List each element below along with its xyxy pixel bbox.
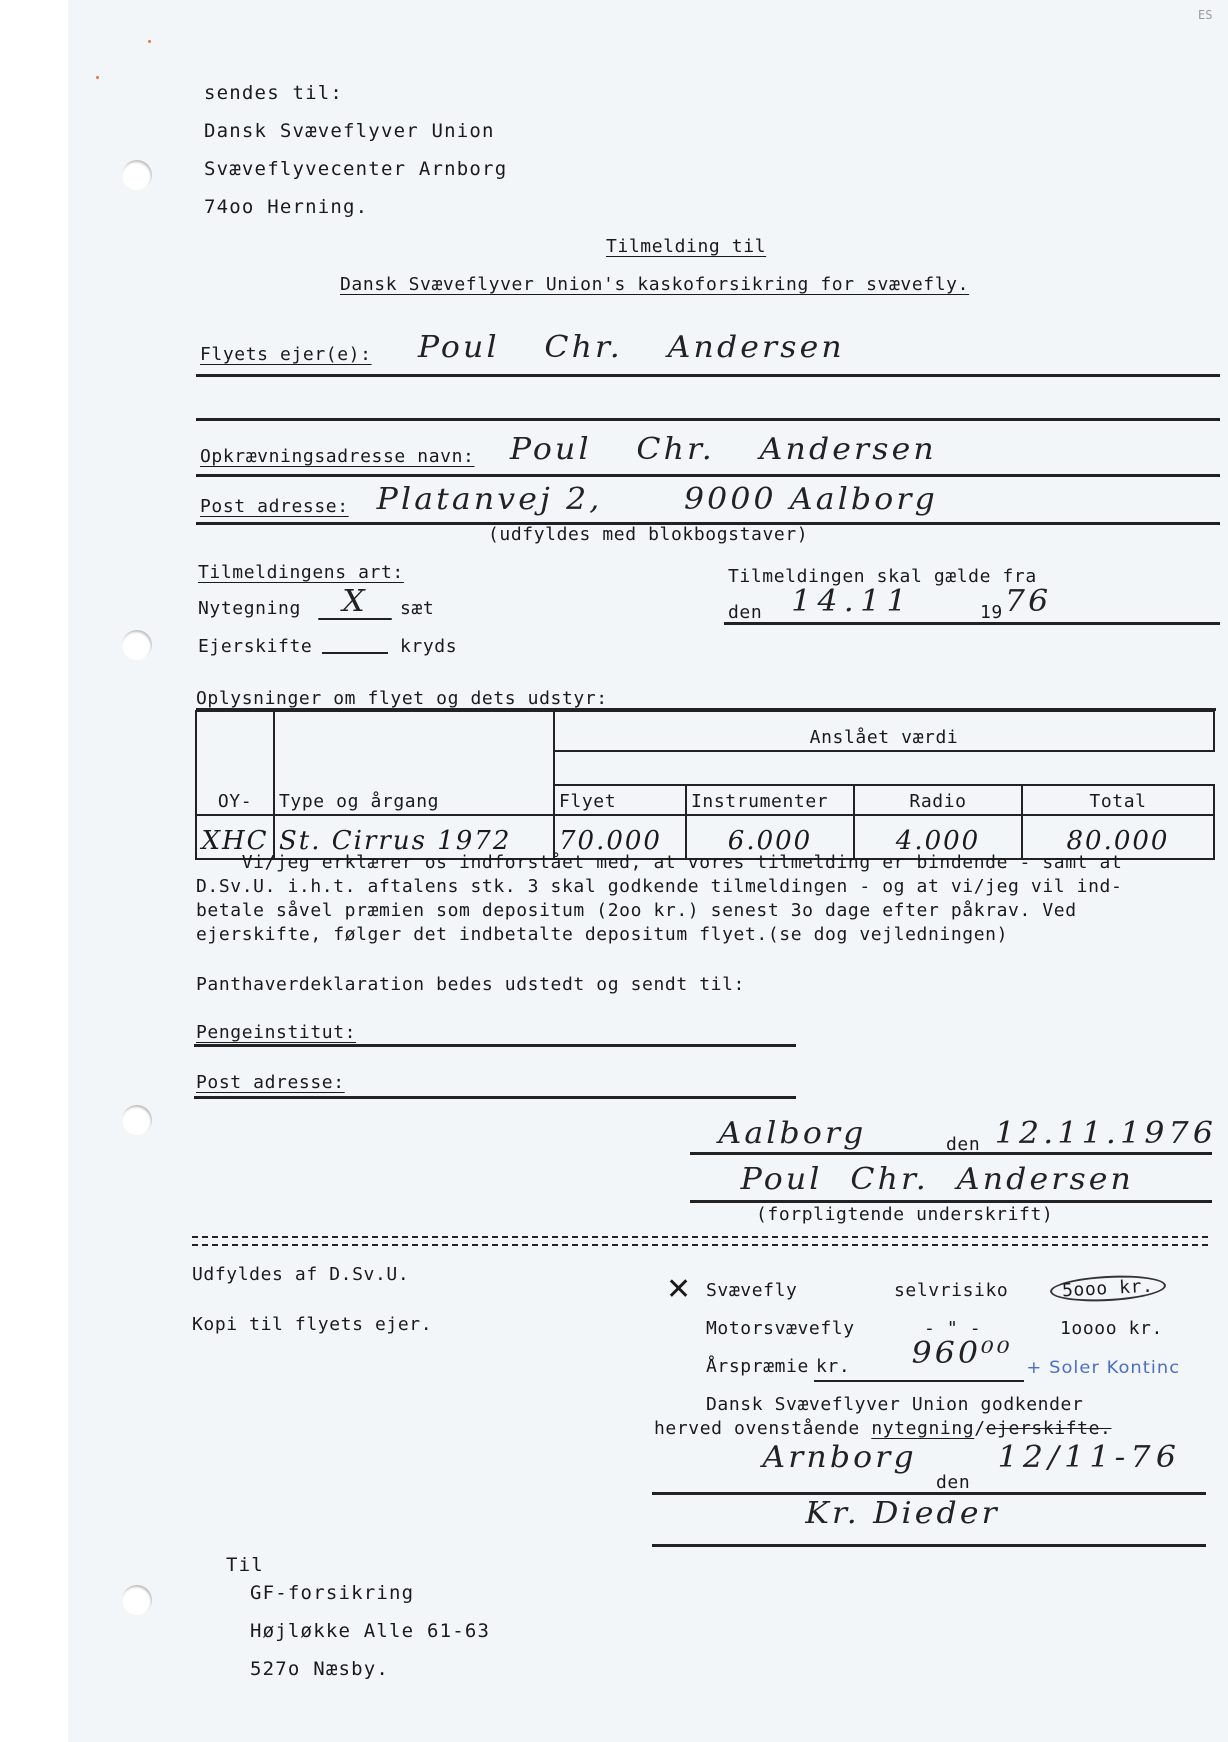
premium-underline <box>814 1380 1024 1382</box>
declaration-line: D.Sv.U. i.h.t. aftalens stk. 3 skal godk… <box>196 876 1122 897</box>
signature-date[interactable]: 12.11.1976 <box>995 1116 1217 1151</box>
approval-line-2: herved ovenstående nytegning/ejerskifte. <box>654 1418 1112 1439</box>
col-reg-header-top <box>196 711 274 785</box>
declaration-line: Vi/jeg erklærer os indforstået med, at v… <box>196 852 1122 873</box>
col-header-instrumenter: Instrumenter <box>686 785 854 815</box>
aircraft-table: Anslået værdi OY- Type og årgang Flyet I… <box>195 710 1215 860</box>
col-header-type: Type og årgang <box>274 785 554 815</box>
approval-signature[interactable]: Kr. Dieder <box>805 1496 999 1531</box>
owner-field[interactable]: Poul Chr. Andersen <box>418 330 845 365</box>
premium-note: + Soler Kontinc <box>1026 1358 1180 1378</box>
deductible-label: selvrisiko <box>894 1280 1008 1301</box>
effective-year-field[interactable]: 76 <box>1005 584 1051 619</box>
field-rule <box>724 622 1220 625</box>
signature-caption: (forpligtende underskrift) <box>756 1204 1053 1225</box>
col-header-reg: OY- <box>196 785 274 815</box>
glider-checkmark[interactable]: ✕ <box>666 1272 691 1307</box>
owner-label: Flyets ejer(e): <box>200 344 372 365</box>
send-to-label: sendes til: <box>204 82 343 104</box>
post-address-label: Post adresse: <box>200 496 349 517</box>
bank-field[interactable] <box>390 1016 790 1042</box>
post-address-city[interactable]: 9000 Aalborg <box>684 482 938 517</box>
premium-label: Årspræmie <box>706 1356 809 1377</box>
motorglider-label: Motorsvævefly <box>706 1318 855 1339</box>
approval-prefix: herved ovenstående <box>654 1418 860 1439</box>
value-group-header: Anslået værdi <box>554 711 1214 751</box>
col-header-radio: Radio <box>854 785 1022 815</box>
glider-label: Svævefly <box>706 1280 798 1301</box>
recipient-line: Højløkke Alle 61-63 <box>250 1620 490 1642</box>
field-rule <box>194 1096 796 1099</box>
field-rule <box>652 1492 1206 1495</box>
effective-century: 19 <box>980 602 1003 623</box>
option-new-label: Nytegning <box>198 598 301 619</box>
effective-den: den <box>728 602 762 623</box>
billing-name-label: Opkrævningsadresse navn: <box>200 446 475 467</box>
motorglider-deductible: 1oooo kr. <box>1060 1318 1163 1339</box>
recipient-line: GF-forsikring <box>250 1582 414 1604</box>
lien-intro: Panthaverdeklaration bedes udstedt og se… <box>196 974 745 995</box>
declaration-line: ejerskifte, følger det indbetalte deposi… <box>196 924 1008 945</box>
premium-value[interactable]: 960⁰⁰ <box>912 1336 1013 1371</box>
premium-prefix: kr. <box>816 1356 850 1377</box>
option-new-checkbox[interactable]: X <box>318 584 392 620</box>
field-rule <box>652 1544 1206 1547</box>
option-new-suffix: sæt <box>400 598 434 619</box>
form-subtitle: Dansk Svæveflyver Union's kaskoforsikrin… <box>340 274 969 295</box>
punch-hole <box>122 630 152 660</box>
option-change-checkbox[interactable] <box>322 618 388 654</box>
corner-mark: ES <box>1198 8 1212 22</box>
send-to-line: Dansk Svæveflyver Union <box>204 120 495 142</box>
signature-place[interactable]: Aalborg <box>718 1116 866 1151</box>
recipient-label: Til <box>226 1554 264 1576</box>
owner-signature[interactable]: Poul Chr. Andersen <box>741 1162 1134 1197</box>
section-divider <box>192 1236 1208 1246</box>
approval-new: nytegning <box>871 1418 974 1439</box>
recipient-line: 527o Næsby. <box>250 1658 389 1680</box>
post-address-street[interactable]: Platanvej 2, <box>377 482 603 517</box>
block-letters-hint: (udfyldes med blokbogstaver) <box>488 524 808 545</box>
field-rule <box>196 418 1220 421</box>
billing-name-field[interactable]: Poul Chr. Andersen <box>510 432 937 467</box>
office-copy-to: Kopi til flyets ejer. <box>192 1314 432 1335</box>
approval-date[interactable]: 12/11-76 <box>998 1440 1182 1475</box>
aircraft-section-label: Oplysninger om flyet og dets udstyr: <box>196 688 608 709</box>
lien-address-field[interactable] <box>360 1066 790 1092</box>
punch-hole <box>122 1105 152 1135</box>
col-type-header-top <box>274 711 554 785</box>
field-rule <box>690 1200 1212 1203</box>
punch-hole <box>122 1585 152 1615</box>
approval-line: Dansk Svæveflyver Union godkender <box>706 1394 1083 1415</box>
col-header-flyet: Flyet <box>554 785 686 815</box>
option-change-label: Ejerskifte <box>198 636 312 657</box>
glider-deductible: 5ooo kr. <box>1050 1276 1166 1301</box>
approval-sep: / <box>974 1418 985 1439</box>
declaration-line: betale såvel præmien som depositum (2oo … <box>196 900 1077 921</box>
stain-mark <box>96 76 99 79</box>
send-to-line: Svæveflyvecenter Arnborg <box>204 158 507 180</box>
effective-date-field[interactable]: 14.11 <box>791 584 913 619</box>
col-header-total: Total <box>1022 785 1214 815</box>
send-to-line: 74oo Herning. <box>204 196 368 218</box>
field-rule <box>194 1044 796 1047</box>
office-filled-by: Udfyldes af D.Sv.U. <box>192 1264 409 1285</box>
bank-label: Pengeinstitut: <box>196 1022 356 1043</box>
approval-den: den <box>936 1472 970 1493</box>
punch-hole <box>122 160 152 190</box>
approval-change: ejerskifte. <box>986 1418 1112 1439</box>
approval-place[interactable]: Arnborg <box>762 1440 916 1475</box>
glider-deductible-value: 5ooo kr. <box>1049 1273 1166 1304</box>
stain-mark <box>148 40 151 43</box>
registration-type-label: Tilmeldingens art: <box>198 562 404 583</box>
field-rule <box>690 1152 1212 1155</box>
lien-address-label: Post adresse: <box>196 1072 345 1093</box>
field-rule <box>196 374 1220 377</box>
option-change-suffix: kryds <box>400 636 457 657</box>
form-title: Tilmelding til <box>606 236 766 257</box>
field-rule <box>196 474 1220 477</box>
